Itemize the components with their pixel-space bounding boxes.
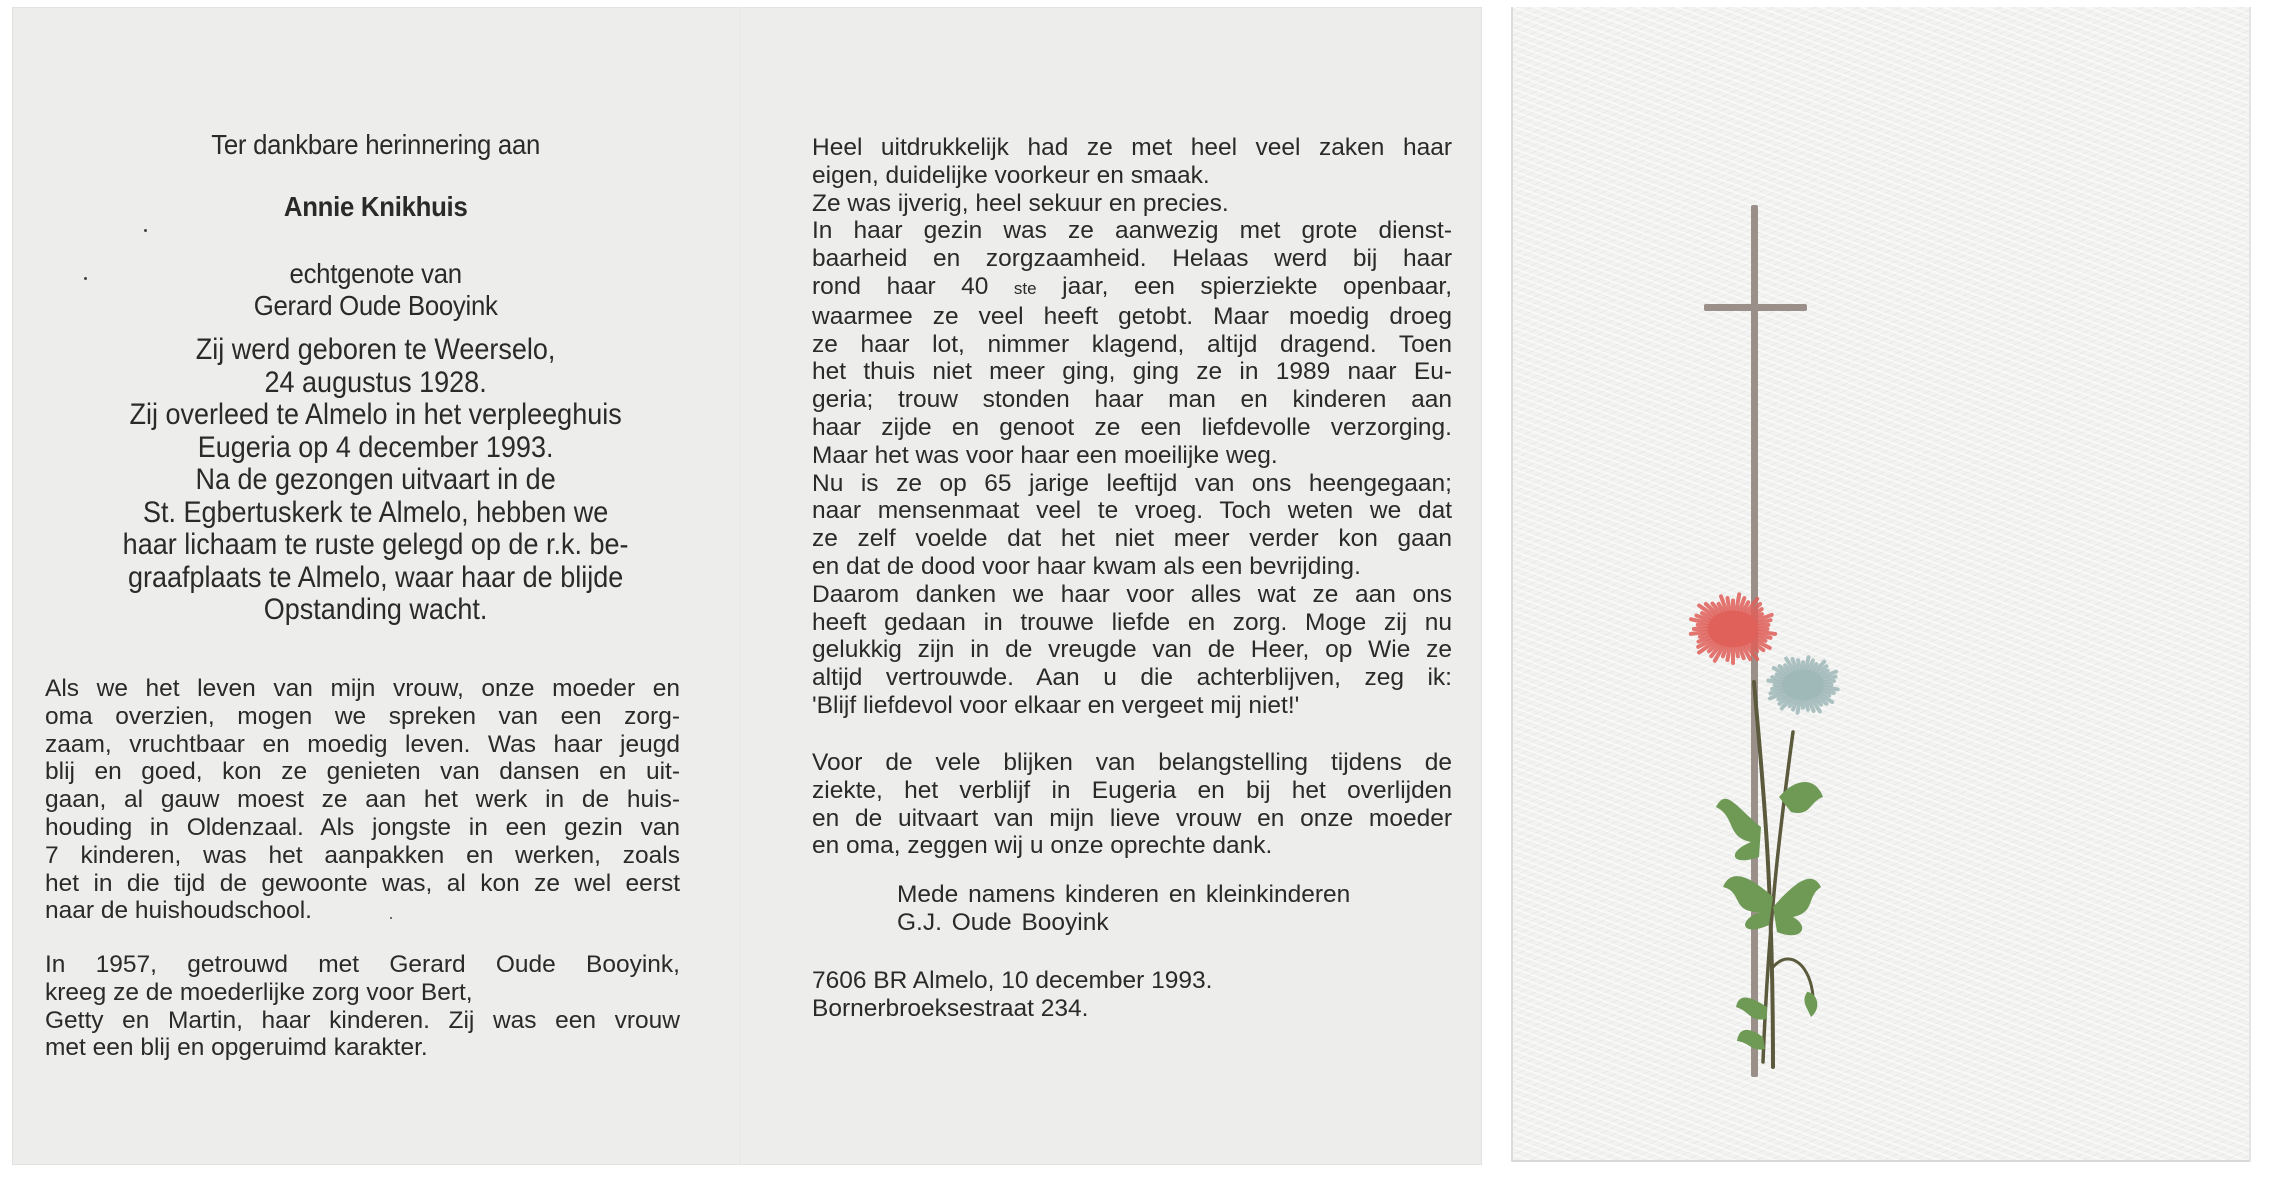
text-line: rond haar 40 ste jaar, een spierziekte o… [812, 273, 1452, 303]
leaves-icon [1716, 782, 1823, 1050]
memorial-card-folded: Ter dankbare herinnering aan Annie Knikh… [12, 7, 1482, 1165]
text-line: naar de huishoudschool. [45, 897, 680, 925]
text-line: heeft gedaan in trouwe liefde en zorg. M… [812, 609, 1452, 637]
life-facts: Zij werd geboren te Weerselo,24 augustus… [48, 334, 703, 627]
cross-with-flowers-illustration [1511, 7, 2251, 1162]
text-line: kreeg ze de moederlijke zorg voor Bert, [45, 979, 680, 1007]
text-line: Nu is ze op 65 jarige leeftijd van ons h… [812, 470, 1452, 498]
memorial-card-image [1511, 7, 2251, 1162]
text-line: ze haar lot, nimmer klagend, altijd drag… [812, 331, 1452, 359]
ordinal-suffix: ste [1014, 279, 1037, 298]
intro-title: Ter dankbare herinnering aan [41, 129, 711, 161]
life-fact-line: haar lichaam te ruste gelegd op de r.k. … [48, 529, 703, 562]
text-line: In haar gezin was ze aanwezig met grote … [812, 217, 1452, 245]
text-line: blij en goed, kon ze genieten van dansen… [45, 758, 680, 786]
text-line: Heel uitdrukkelijk had ze met heel veel … [812, 134, 1452, 162]
text-line: 7606 BR Almelo, 10 december 1993. [812, 967, 1212, 995]
text-line: Bornerbroeksestraat 234. [812, 995, 1212, 1023]
deceased-name: Annie Knikhuis [41, 191, 711, 223]
text-line: gelukkig zijn in de vreugde van de Heer,… [812, 636, 1452, 664]
text-line: naar mensenmaat veel te vroeg. Toch wete… [812, 497, 1452, 525]
blue-flower-icon [1768, 657, 1837, 713]
text-line: het in die tijd de gewoonte was, al kon … [45, 870, 680, 898]
print-speck [144, 229, 147, 232]
signature-block: Mede namens kinderen en kleinkinderenG.J… [897, 881, 1350, 937]
print-speck [84, 277, 87, 280]
spouse-label: echtgenote van [41, 258, 711, 290]
life-fact-line: Na de gezongen uitvaart in de [48, 464, 703, 497]
thanks-paragraph: Voor de vele blijken van belangstelling … [812, 749, 1452, 860]
tribute-paragraph: Heel uitdrukkelijk had ze met heel veel … [812, 134, 1452, 720]
text-line: houding in Oldenzaal. Als jongste in een… [45, 814, 680, 842]
biography-paragraph-2: In 1957, getrouwd met Gerard Oude Booyin… [45, 951, 680, 1062]
left-panel: Ter dankbare herinnering aan Annie Knikh… [12, 7, 740, 1165]
text-line: ze zelf voelde dat het niet meer verder … [812, 525, 1452, 553]
text-line: Maar het was voor haar een moeilijke weg… [812, 442, 1452, 470]
text-line: en oma, zeggen wij u onze oprechte dank. [812, 832, 1452, 860]
text-line: Getty en Martin, haar kinderen. Zij was … [45, 1007, 680, 1035]
text-line: geria; trouw stonden haar man en kindere… [812, 386, 1452, 414]
text-line: ziekte, het verblijf in Eugeria en bij h… [812, 777, 1452, 805]
text-line: gaan, al gauw moest ze aan het werk in d… [45, 786, 680, 814]
text-line: 7 kinderen, was het aanpakken en werken,… [45, 842, 680, 870]
text-line: Voor de vele blijken van belangstelling … [812, 749, 1452, 777]
text-line: waarmee ze veel heeft getobt. Maar moedi… [812, 303, 1452, 331]
life-fact-line: St. Egbertuskerk te Almelo, hebben we [48, 497, 703, 530]
biography-paragraph-1: Als we het leven van mijn vrouw, onze mo… [45, 675, 680, 925]
text-line: Mede namens kinderen en kleinkinderen [897, 881, 1350, 909]
text-line: eigen, duidelijke voorkeur en smaak. [812, 162, 1452, 190]
text-line: haar zijde en genoot ze een liefdevolle … [812, 414, 1452, 442]
life-fact-line: Zij overleed te Almelo in het verpleeghu… [48, 399, 703, 432]
red-flower-icon [1691, 594, 1775, 663]
text-line: het thuis niet meer ging, ging ze in 198… [812, 358, 1452, 386]
spouse-name: Gerard Oude Booyink [41, 290, 711, 322]
text-line: Daarom danken we haar voor alles wat ze … [812, 581, 1452, 609]
address-block: 7606 BR Almelo, 10 december 1993.Bornerb… [812, 967, 1212, 1023]
text-line: altijd vertrouwde. Aan u die achterblijv… [812, 664, 1452, 692]
text-line: en de uitvaart van mijn lieve vrouw en o… [812, 805, 1452, 833]
print-speck [390, 917, 392, 919]
text-line: en dat de dood voor haar kwam als een be… [812, 553, 1452, 581]
text-line: In 1957, getrouwd met Gerard Oude Booyin… [45, 951, 680, 979]
text-line: baarheid en zorgzaamheid. Helaas werd bi… [812, 245, 1452, 273]
life-fact-line: graafplaats te Almelo, waar haar de blij… [48, 562, 703, 595]
text-line: met een blij en opgeruimd karakter. [45, 1034, 680, 1062]
life-fact-line: Zij werd geboren te Weerselo, [48, 334, 703, 367]
text-line: zaam, vruchtbaar en moedig leven. Was ha… [45, 731, 680, 759]
text-line: oma overzien, mogen we spreken van een z… [45, 703, 680, 731]
text-line: Als we het leven van mijn vrouw, onze mo… [45, 675, 680, 703]
life-fact-line: 24 augustus 1928. [48, 367, 703, 400]
text-line: 'Blijf liefdevol voor elkaar en vergeet … [812, 692, 1452, 720]
life-fact-line: Opstanding wacht. [48, 594, 703, 627]
text-line: G.J. Oude Booyink [897, 909, 1350, 937]
middle-panel: Heel uitdrukkelijk had ze met heel veel … [742, 7, 1482, 1165]
text-line: Ze was ijverig, heel sekuur en precies. [812, 190, 1452, 218]
life-fact-line: Eugeria op 4 december 1993. [48, 432, 703, 465]
